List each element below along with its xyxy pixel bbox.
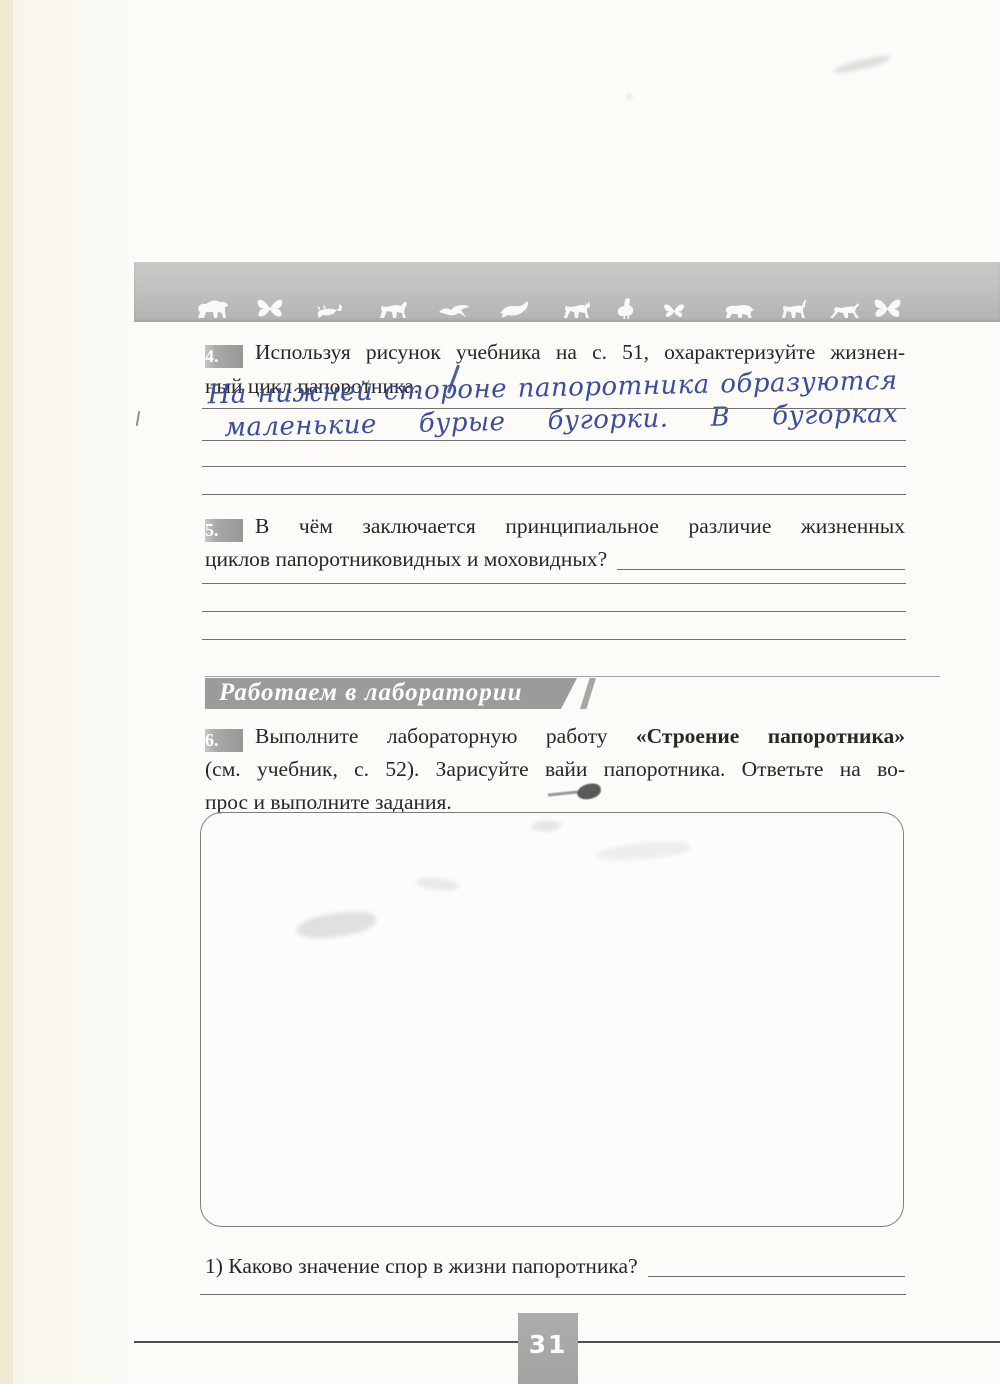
- page-number-tab: 31: [518, 1313, 578, 1384]
- section-banner: Работаем в лаборатории: [205, 678, 577, 709]
- pencil-smudge: [596, 840, 692, 863]
- moose-icon: [561, 298, 592, 319]
- boar-icon: [723, 302, 756, 319]
- answer-line: [202, 466, 906, 467]
- task6-text-3: прос и выполните задания.: [205, 790, 452, 814]
- drawing-box: [200, 812, 904, 1227]
- answer-line: [202, 440, 906, 441]
- pencil-smudge: [295, 909, 377, 941]
- task5-text-2: циклов папоротниковидных и моховидных?: [205, 543, 607, 576]
- task6-line-2: (см. учебник, с. 52). Зарисуйте вайи пап…: [205, 753, 905, 786]
- butterfly-icon: [873, 298, 902, 319]
- task-6: 6.Выполните лабораторную работу «Строени…: [205, 720, 905, 820]
- scan-smudge: [833, 54, 892, 76]
- gazelle-icon: [829, 299, 861, 319]
- task4-line-1: 4.Используя рисунок учебника на с. 51, о…: [205, 336, 905, 369]
- handwritten-answer: На нижней стороне папоротника образуются…: [207, 365, 898, 445]
- question1-text: 1) Каково значение спор в жизни папоротн…: [205, 1250, 638, 1283]
- answer-line: [202, 408, 906, 409]
- butterfly-icon: [256, 298, 284, 319]
- task-5: 5.В чём заключается принципиальное разли…: [205, 510, 905, 576]
- task5-line-2: циклов папоротниковидных и моховидных?: [205, 543, 905, 576]
- answer-line: [617, 569, 905, 570]
- crane-icon: [613, 297, 637, 319]
- horse-icon: [378, 299, 410, 319]
- paper-left-wash: [0, 0, 140, 1384]
- pencil-smudge: [531, 821, 561, 831]
- paper-edge-strip: [0, 0, 13, 1384]
- answer-line: [648, 1276, 905, 1277]
- workbook-page-scan: 4.Используя рисунок учебника на с. 51, о…: [0, 0, 1000, 1384]
- section-banner-label: Работаем в лаборатории: [219, 679, 523, 706]
- answer-line: [202, 639, 906, 640]
- page-number: 31: [529, 1330, 568, 1384]
- task-5-badge: 5.: [205, 519, 243, 542]
- section-divider-line: [205, 676, 940, 677]
- pencil-smudge: [415, 875, 458, 893]
- task6-line-1: 6.Выполните лабораторную работу «Строени…: [205, 720, 905, 753]
- answer-line: [202, 611, 906, 612]
- swallow-icon: [438, 304, 469, 319]
- scorpion-icon: [316, 301, 346, 319]
- section-banner-accent: [580, 678, 596, 709]
- question1-line: 1) Каково значение спор в жизни папоротн…: [205, 1250, 905, 1283]
- task4-text-1: Используя рисунок учебника на с. 51, оха…: [255, 340, 905, 364]
- answer-line: [202, 583, 906, 584]
- bison-icon: [196, 299, 230, 319]
- whale-icon: [499, 300, 530, 319]
- moth-icon: [661, 301, 687, 319]
- task5-line-1: 5.В чём заключается принципиальное разли…: [205, 510, 905, 543]
- scan-smudge: [626, 95, 632, 99]
- task6-lab-title: «Строение папоротника»: [636, 724, 905, 748]
- task6-text-2: (см. учебник, с. 52). Зарисуйте вайи пап…: [205, 757, 905, 781]
- answer-line: [202, 494, 906, 495]
- question-1: 1) Каково значение спор в жизни папоротн…: [205, 1250, 905, 1283]
- task-4-badge: 4.: [205, 345, 243, 368]
- answer-line: [200, 1294, 906, 1295]
- header-animal-band: [134, 262, 1000, 322]
- task5-text-1: В чём заключается принципиальное различи…: [255, 514, 905, 538]
- task-6-badge: 6.: [205, 729, 243, 752]
- saiga-icon: [779, 298, 809, 319]
- task6-text-1: Выполните лабораторную работу: [255, 724, 607, 748]
